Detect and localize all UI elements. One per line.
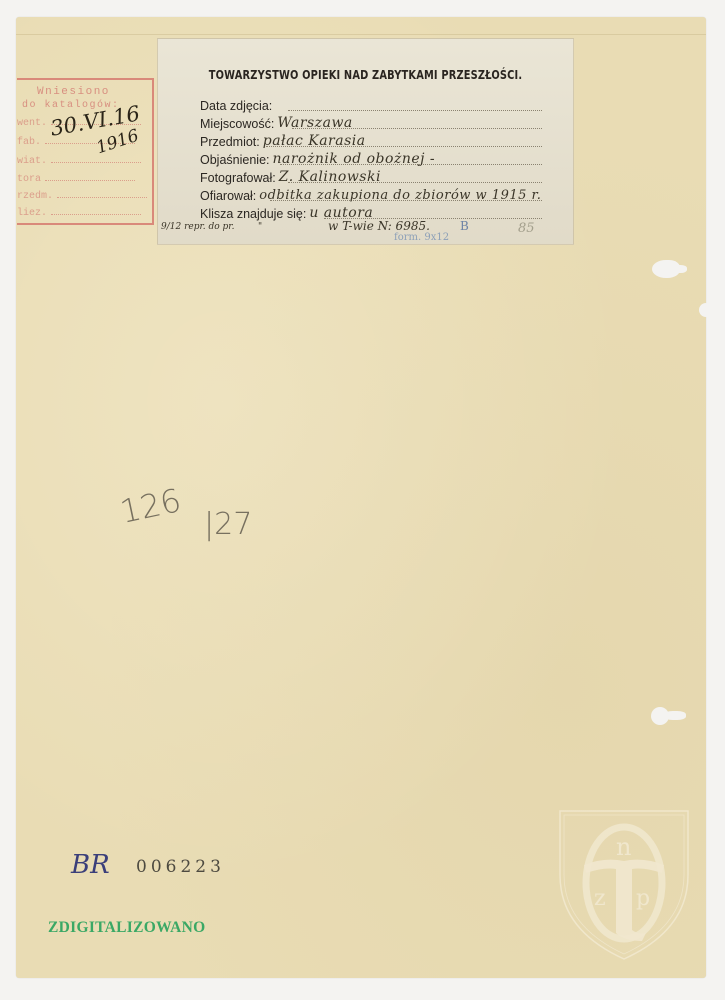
field-value: pałac Karasia bbox=[263, 133, 366, 149]
field-value: narożnik od obożnej - bbox=[273, 151, 436, 167]
binding-hole-top-tail bbox=[671, 265, 687, 273]
field-label: Klisza znajduje się: bbox=[200, 207, 306, 221]
stamp-line: rzedm. bbox=[17, 191, 147, 202]
svg-text:n: n bbox=[616, 833, 631, 861]
inventory-number: 006223 bbox=[136, 857, 225, 877]
stamp-heading: Wniesiono bbox=[37, 86, 110, 98]
note-inventory-suffix: B bbox=[460, 219, 469, 233]
note-format: form. 9x12 bbox=[394, 232, 449, 243]
svg-text:p: p bbox=[636, 886, 650, 911]
note-number-85: 85 bbox=[518, 221, 535, 236]
page-top-fold bbox=[16, 34, 706, 35]
field-negative-location: Klisza znajduje się: u autora bbox=[200, 205, 373, 221]
field-value: u autora bbox=[309, 205, 373, 221]
collection-mark-br: BR bbox=[71, 850, 110, 880]
field-place: Miejscowość: Warszawa bbox=[200, 115, 353, 131]
field-label: Przedmiot: bbox=[200, 135, 260, 149]
field-explanation: Objaśnienie: narożnik od obożnej - bbox=[200, 151, 435, 167]
field-label: Objaśnienie: bbox=[200, 153, 270, 167]
stamp-line: liez. bbox=[17, 208, 141, 219]
card-title: TOWARZYSTWO OPIEKI NAD ZABYTKAMI PRZESZŁ… bbox=[195, 68, 535, 82]
field-subject: Przedmiot: pałac Karasia bbox=[200, 133, 366, 149]
record-card: TOWARZYSTWO OPIEKI NAD ZABYTKAMI PRZESZŁ… bbox=[157, 38, 574, 245]
field-photographer: Fotografował: Z. Kalinowski bbox=[200, 169, 381, 185]
stamp-line: tora bbox=[17, 174, 135, 185]
field-date: Data zdjęcia: bbox=[200, 97, 275, 113]
pencil-number-126: 126 bbox=[117, 481, 185, 531]
note-reproduction: 9/12 repr. do pr. bbox=[161, 222, 234, 232]
pencil-number-127: |27 bbox=[204, 507, 252, 542]
field-label: Data zdjęcia: bbox=[200, 99, 272, 113]
svg-text:z: z bbox=[594, 886, 606, 911]
note-ditto: " bbox=[258, 222, 262, 232]
field-value: odbitka zakupiona do zbiorów w 1915 r. bbox=[259, 188, 541, 203]
digitized-stamp: ZDIGITALIZOWANO bbox=[48, 919, 206, 937]
binding-hole-bottom-tail bbox=[664, 711, 686, 720]
tonzp-watermark-icon: n z p bbox=[554, 805, 694, 965]
note-inventory: w T-wie N: 6985. bbox=[328, 219, 430, 233]
field-label: Ofiarował: bbox=[200, 189, 256, 203]
binding-notch-top bbox=[699, 303, 713, 317]
field-label: Fotografował: bbox=[200, 171, 276, 185]
document-page: Wniesiono do katalogów: went. fab. wiat.… bbox=[16, 17, 706, 978]
field-value: Warszawa bbox=[277, 115, 352, 131]
field-label: Miejscowość: bbox=[200, 117, 274, 131]
catalogue-stamp: Wniesiono do katalogów: went. fab. wiat.… bbox=[17, 78, 154, 225]
field-value: Z. Kalinowski bbox=[279, 169, 381, 185]
stamp-line: wiat. bbox=[17, 156, 141, 167]
field-donor: Ofiarował: odbitka zakupiona do zbiorów … bbox=[200, 187, 541, 203]
